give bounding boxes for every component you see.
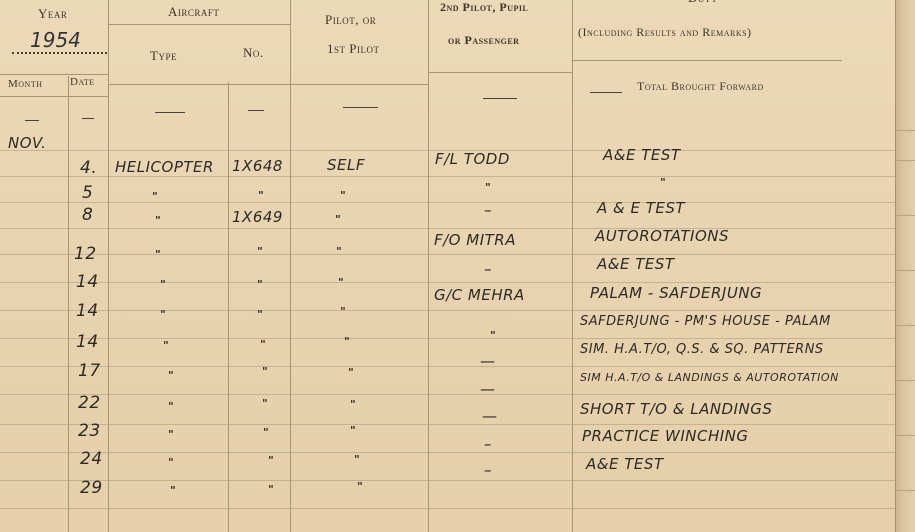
total-brought-forward: Total Brought Forward: [637, 79, 764, 94]
entry-pilot: Self: [327, 156, 365, 174]
entry-date: 17: [78, 361, 101, 381]
year-label: Year: [38, 6, 67, 22]
entry-date: 29: [80, 478, 103, 498]
entry-pilot: ": [340, 305, 346, 318]
entry-aircraft-type: ": [168, 456, 174, 469]
entry-aircraft-type: ": [160, 278, 166, 291]
entry-second-pilot: —: [480, 380, 496, 398]
entry-pilot: ": [336, 245, 342, 258]
entry-second-pilot: –: [484, 461, 492, 479]
entry-date: 14: [76, 272, 99, 292]
entry-pilot: ": [335, 213, 341, 226]
date-label: Date: [70, 76, 95, 88]
logbook-page: Year 1954 Month Date Aircraft Type No. P…: [0, 0, 895, 532]
entry-aircraft-type: Helicopter: [115, 158, 214, 176]
entry-aircraft-no: ": [260, 338, 266, 351]
entry-aircraft-type: ": [155, 214, 161, 227]
entry-duty: Palam - Safderjung: [590, 284, 762, 302]
entry-pilot: ": [344, 335, 350, 348]
entry-date: 5: [82, 183, 93, 203]
entry-date: 22: [78, 393, 101, 413]
year-value: 1954: [30, 28, 81, 52]
pilot-label-line1: Pilot, or: [325, 12, 376, 28]
entry-aircraft-no: ": [262, 397, 268, 410]
duty-label: Duty: [688, 0, 718, 6]
entry-duty: Short T/O & Landings: [580, 400, 772, 418]
entry-date: 4.: [80, 158, 97, 178]
page-binding-edge: [895, 0, 915, 532]
entry-pilot: ": [350, 424, 356, 437]
entry-duty: A&E Test: [597, 255, 675, 273]
entry-second-pilot: –: [484, 201, 492, 219]
entry-pilot: ": [357, 480, 363, 493]
entry-aircraft-no: ": [263, 426, 269, 439]
entry-aircraft-no: ": [257, 308, 263, 321]
entry-aircraft-type: ": [168, 428, 174, 441]
entry-aircraft-type: ": [155, 248, 161, 261]
entry-date: 12: [74, 244, 97, 264]
entry-duty: Safderjung - PM's House - Palam: [580, 314, 831, 329]
entry-date: 24: [80, 449, 103, 469]
entry-date: 8: [82, 205, 93, 225]
entry-aircraft-type: ": [152, 190, 158, 203]
entry-aircraft-type: ": [170, 484, 176, 497]
entry-duty: A & E Test: [597, 199, 685, 217]
entry-aircraft-no: ": [257, 245, 263, 258]
entry-pilot: ": [354, 453, 360, 466]
year-dotted-line: [12, 52, 107, 54]
entry-pilot: ": [350, 398, 356, 411]
entry-duty: Autorotations: [595, 227, 729, 245]
entry-aircraft-type: ": [160, 308, 166, 321]
aircraft-label: Aircraft: [168, 4, 219, 20]
entry-duty: Sim H.A.T/O & Landings & Autorotation: [580, 371, 839, 384]
entry-date: 23: [78, 421, 101, 441]
entry-second-pilot: —: [482, 407, 498, 425]
entry-pilot: ": [338, 276, 344, 289]
entry-second-pilot: —: [480, 352, 496, 370]
second-pilot-label-line1: 2nd Pilot, Pupil: [440, 0, 528, 15]
entry-aircraft-type: ": [163, 339, 169, 352]
entry-aircraft-type: ": [168, 369, 174, 382]
entry-aircraft-no: ": [268, 483, 274, 496]
entry-second-pilot: ": [490, 329, 496, 342]
entry-aircraft-type: ": [168, 400, 174, 413]
entry-aircraft-no: ": [258, 189, 264, 202]
entry-pilot: ": [348, 366, 354, 379]
entry-date: 14: [76, 332, 99, 352]
entry-second-pilot: G/C Mehra: [434, 286, 525, 304]
month-value: Nov.: [8, 134, 46, 152]
entry-aircraft-no: 1x649: [232, 208, 283, 226]
aircraft-type-label: Type: [150, 48, 177, 64]
entry-pilot: ": [340, 189, 346, 202]
entry-aircraft-no: 1x648: [232, 157, 283, 175]
entry-duty: Practice Winching: [582, 427, 749, 445]
pilot-label-line2: 1st Pilot: [327, 41, 379, 57]
entry-duty: A&E Test: [586, 455, 664, 473]
entry-second-pilot: F/L Todd: [435, 150, 510, 168]
entry-duty: Sim. H.A.T/O, Q.S. & Sq. Patterns: [580, 342, 824, 357]
duty-sub-label: (Including Results and Remarks): [578, 25, 752, 40]
entry-second-pilot: –: [484, 435, 492, 453]
entry-aircraft-no: ": [262, 365, 268, 378]
entry-second-pilot: ": [485, 181, 491, 194]
month-label: Month: [8, 78, 43, 90]
aircraft-no-label: No.: [243, 45, 264, 61]
entry-aircraft-no: ": [268, 454, 274, 467]
second-pilot-label-line2: or Passenger: [448, 33, 519, 48]
entry-duty: A&E Test: [603, 146, 681, 164]
entry-aircraft-no: ": [257, 278, 263, 291]
entry-second-pilot: –: [484, 260, 492, 278]
entry-duty: ": [660, 176, 666, 189]
entry-second-pilot: F/O Mitra: [434, 231, 516, 249]
entry-date: 14: [76, 301, 99, 321]
